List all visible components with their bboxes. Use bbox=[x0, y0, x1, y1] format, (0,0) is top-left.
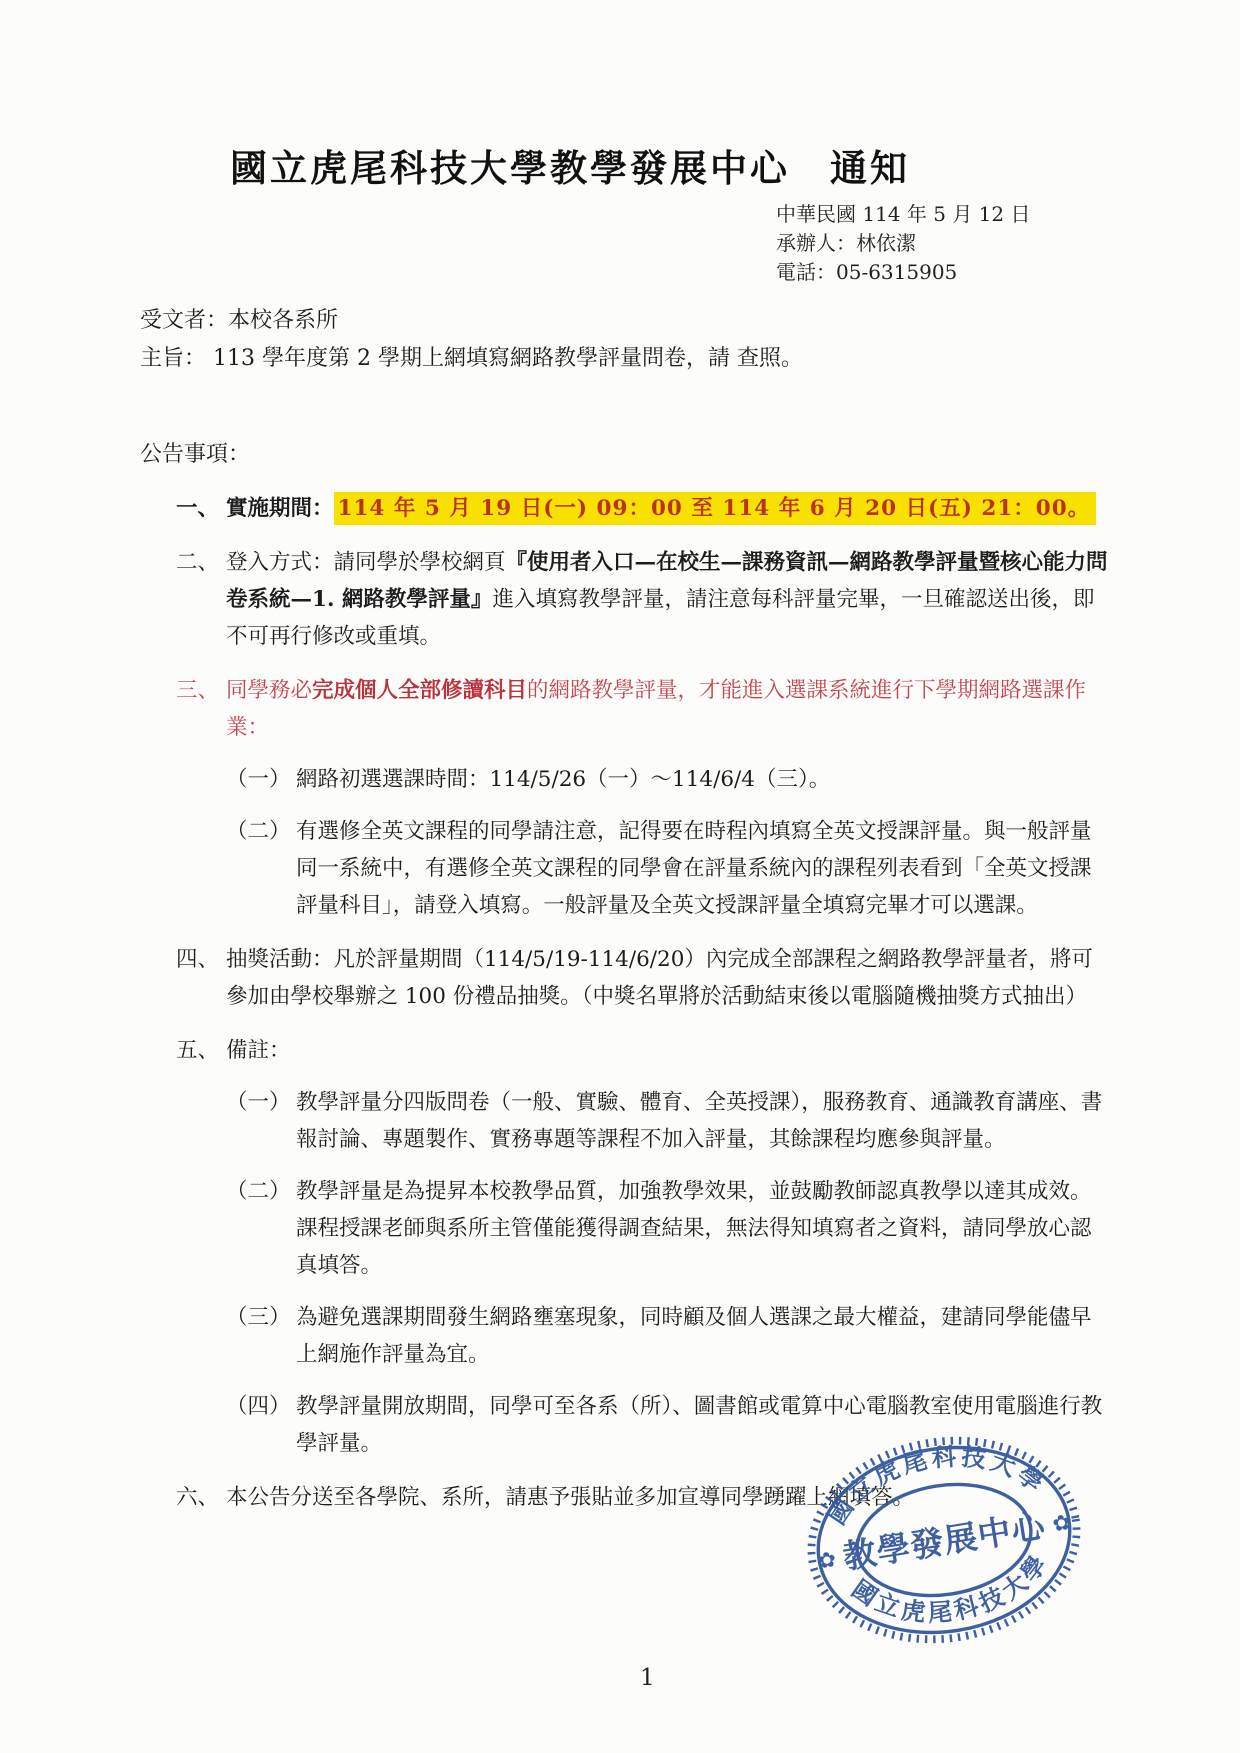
item-4-lottery: 四、 抽獎活動：凡於評量期間（114/5/19-114/6/20）內完成全部課程… bbox=[140, 941, 1108, 1015]
meta-contact-person: 承辦人：林依潔 bbox=[776, 229, 1031, 258]
item-5-sub-4-number: （四） bbox=[226, 1388, 296, 1425]
item-1-body: 實施期間：114 年 5 月 19 日(一) 09：00 至 114 年 6 月… bbox=[226, 490, 1108, 527]
recipient-label: 受文者： bbox=[140, 308, 228, 333]
item-2-number: 二、 bbox=[176, 544, 226, 581]
notice-document: 國立虎尾科技大學教學發展中心 通知 中華民國 114 年 5 月 12 日 承辦… bbox=[0, 0, 1240, 1753]
item-3-sub-2-number: （二） bbox=[226, 813, 296, 850]
page-number: 1 bbox=[640, 1665, 655, 1691]
item-5-sub-1-number: （一） bbox=[226, 1084, 296, 1121]
item-3-text-pre: 同學務必 bbox=[226, 678, 312, 703]
subject-label: 主旨： bbox=[140, 346, 206, 371]
item-3-number: 三、 bbox=[176, 672, 226, 709]
item-3-sub-2-english-courses: （二） 有選修全英文課程的同學請注意，記得要在時程內填寫全英文授課評量。與一般評… bbox=[226, 813, 1108, 924]
recipient-value: 本校各系所 bbox=[228, 308, 338, 333]
meta-phone: 電話：05-6315905 bbox=[776, 258, 1031, 287]
item-3-must-complete: 三、 同學務必完成個人全部修讀科目的網路教學評量，才能進入選課系統進行下學期網路… bbox=[140, 672, 1108, 746]
item-3-body: 同學務必完成個人全部修讀科目的網路教學評量，才能進入選課系統進行下學期網路選課作… bbox=[226, 672, 1108, 746]
announcement-heading: 公告事項： bbox=[140, 437, 1108, 473]
official-stamp: 國立虎尾科技大學 國立虎尾科技大學 教學發展中心 ✿ ✿ bbox=[783, 1410, 1105, 1669]
item-5-remarks: 五、 備註： bbox=[140, 1032, 1108, 1069]
item-5-sub-1-questionnaire-versions: （一） 教學評量分四版問卷（一般、實驗、體育、全英授課），服務教育、通識教育講座… bbox=[226, 1084, 1108, 1158]
item-1-implementation-period: 一、 實施期間：114 年 5 月 19 日(一) 09：00 至 114 年 … bbox=[140, 490, 1108, 527]
item-2-login-method: 二、 登入方式：請同學於學校網頁『使用者入口—在校生—課務資訊—網路教學評量暨核… bbox=[140, 544, 1108, 655]
item-6-number: 六、 bbox=[176, 1479, 226, 1516]
page-title: 國立虎尾科技大學教學發展中心 通知 bbox=[140, 138, 1000, 192]
item-3-sub-2-text: 有選修全英文課程的同學請注意，記得要在時程內填寫全英文授課評量。與一般評量同一系… bbox=[296, 813, 1108, 924]
item-5-sub-3-number: （三） bbox=[226, 1299, 296, 1336]
subject-line: 主旨： 113 學年度第 2 學期上網填寫網路教學評量問卷，請 查照。 bbox=[140, 341, 1108, 377]
stamp-graphic: 國立虎尾科技大學 國立虎尾科技大學 教學發展中心 ✿ ✿ bbox=[783, 1410, 1105, 1669]
recipient-line: 受文者：本校各系所 bbox=[140, 303, 1108, 339]
item-2-text-pre: 登入方式：請同學於學校網頁 bbox=[226, 550, 506, 575]
item-5-sub-3-avoid-congestion: （三） 為避免選課期間發生網路壅塞現象，同時顧及個人選課之最大權益，建請同學能儘… bbox=[226, 1299, 1108, 1373]
item-1-label: 實施期間： bbox=[226, 496, 334, 521]
item-3-sub-1-text: 網路初選選課時間：114/5/26（一）～114/6/4（三）。 bbox=[296, 761, 1108, 798]
document-content: 國立虎尾科技大學教學發展中心 通知 中華民國 114 年 5 月 12 日 承辦… bbox=[140, 138, 1108, 1516]
item-5-text: 備註： bbox=[226, 1032, 1108, 1069]
item-1-highlighted-period: 114 年 5 月 19 日(一) 09：00 至 114 年 6 月 20 日… bbox=[334, 492, 1097, 525]
item-5-sub-1-text: 教學評量分四版問卷（一般、實驗、體育、全英授課），服務教育、通識教育講座、書報討… bbox=[296, 1084, 1108, 1158]
item-4-number: 四、 bbox=[176, 941, 226, 978]
item-3-sub-1-number: （一） bbox=[226, 761, 296, 798]
item-4-text: 抽獎活動：凡於評量期間（114/5/19-114/6/20）內完成全部課程之網路… bbox=[226, 941, 1108, 1015]
subject-value: 113 學年度第 2 學期上網填寫網路教學評量問卷，請 查照。 bbox=[206, 346, 803, 371]
item-5-number: 五、 bbox=[176, 1032, 226, 1069]
meta-block: 中華民國 114 年 5 月 12 日 承辦人：林依潔 電話：05-631590… bbox=[776, 200, 1031, 287]
item-2-body: 登入方式：請同學於學校網頁『使用者入口—在校生—課務資訊—網路教學評量暨核心能力… bbox=[226, 544, 1108, 655]
item-3-sub-1-course-selection-time: （一） 網路初選選課時間：114/5/26（一）～114/6/4（三）。 bbox=[226, 761, 1108, 798]
item-5-sub-2-purpose: （二） 教學評量是為提昇本校教學品質，加強教學效果，並鼓勵教師認真教學以達其成效… bbox=[226, 1173, 1108, 1284]
item-5-sub-3-text: 為避免選課期間發生網路壅塞現象，同時顧及個人選課之最大權益，建請同學能儘早上網施… bbox=[296, 1299, 1108, 1373]
item-1-number: 一、 bbox=[176, 490, 226, 527]
item-5-sub-2-number: （二） bbox=[226, 1173, 296, 1210]
item-3-emphasis: 完成個人全部修讀科目 bbox=[312, 678, 527, 703]
item-5-sub-2-text: 教學評量是為提昇本校教學品質，加強教學效果，並鼓勵教師認真教學以達其成效。課程授… bbox=[296, 1173, 1108, 1284]
meta-date: 中華民國 114 年 5 月 12 日 bbox=[776, 200, 1031, 229]
stamp-flower-left-icon: ✿ bbox=[816, 1547, 838, 1574]
